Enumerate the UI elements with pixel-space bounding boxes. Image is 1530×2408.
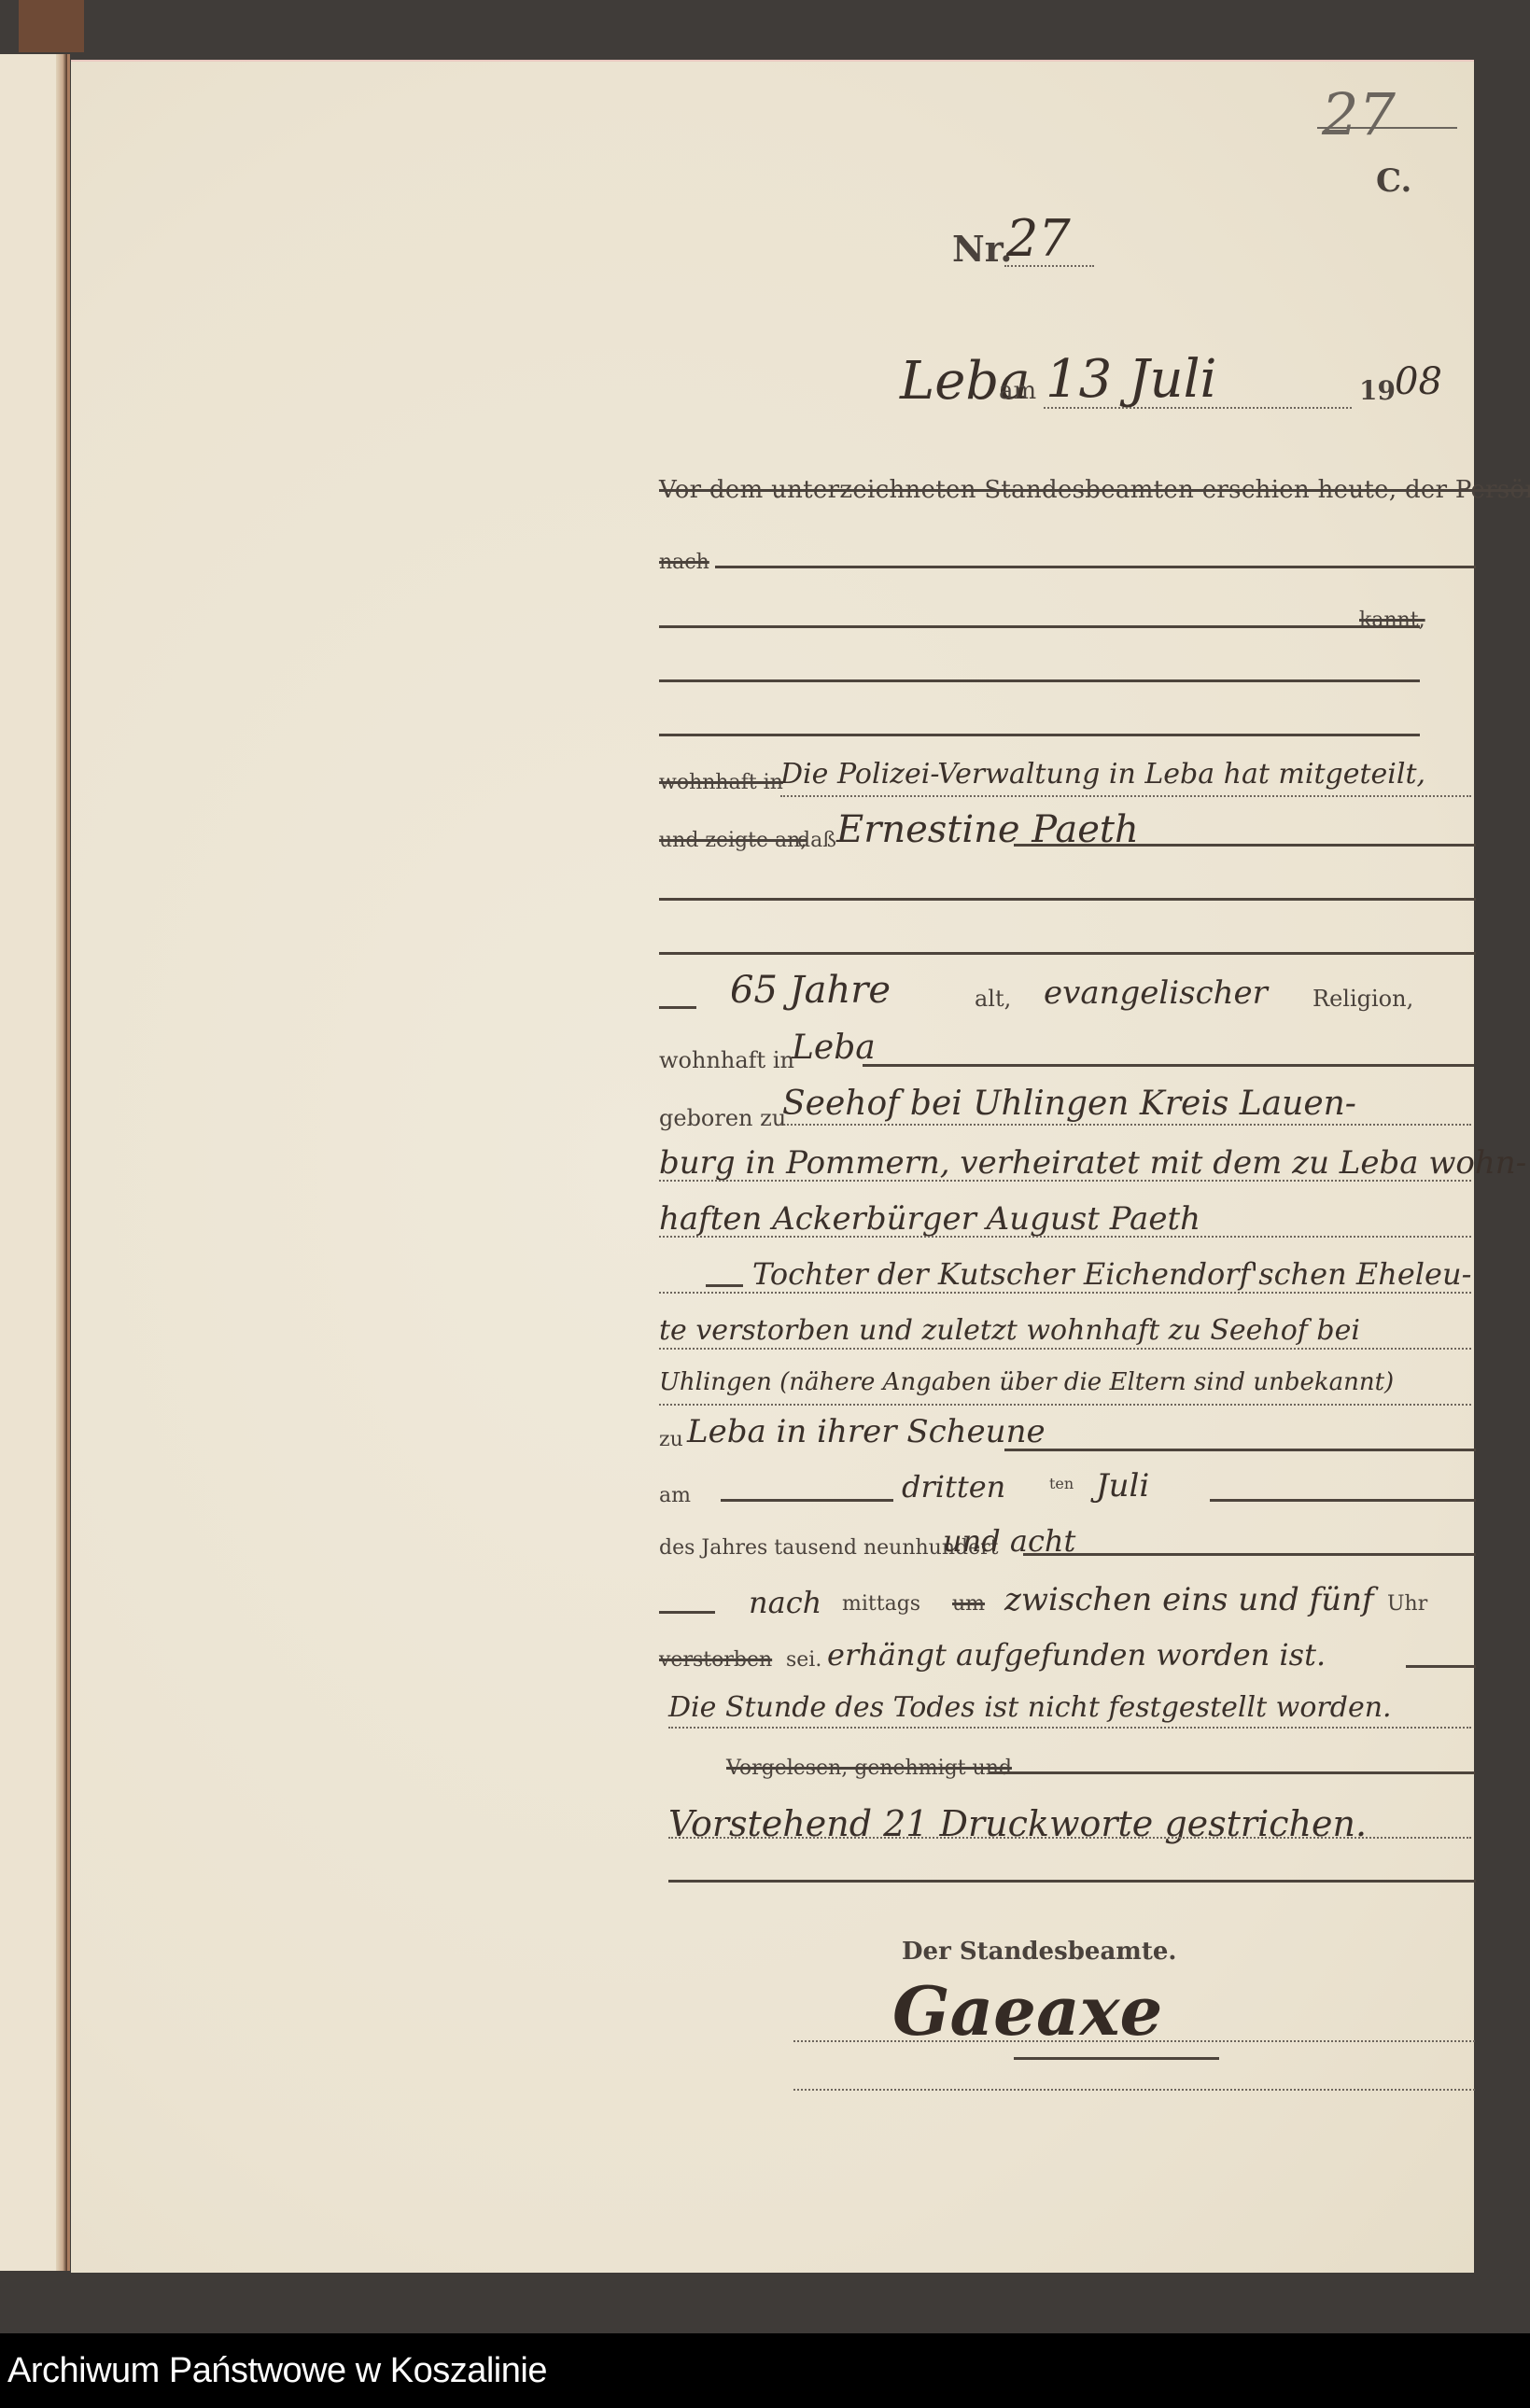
sei-label: sei. — [786, 1648, 821, 1672]
blank-line-1 — [715, 566, 1476, 568]
am-label: am — [659, 1484, 691, 1507]
residence-label: wohnhaft in — [659, 1047, 794, 1073]
born-line-1: Seehof bei Uhlingen Kreis Lauen- — [782, 1085, 1356, 1123]
am-lead-line — [721, 1499, 893, 1502]
born-rule-5 — [659, 1348, 1471, 1350]
corner-page-number: 27 — [1322, 80, 1396, 148]
born-line-3: haften Ackerbürger August Paeth — [659, 1200, 1200, 1238]
official-title: Der Standesbeamte. — [902, 1938, 1176, 1966]
uhr-label: Uhr — [1387, 1592, 1427, 1616]
struck-wohnhaft: wohnhaft in — [659, 771, 783, 794]
blank-line-3 — [659, 679, 1420, 682]
struck-um: um — [952, 1592, 985, 1616]
death-place: Leba in ihrer Scheune — [687, 1413, 1046, 1450]
reporting-authority: Die Polizei-Verwaltung in Leba hat mitge… — [780, 758, 1425, 791]
born-label: geboren zu — [659, 1105, 786, 1131]
age-value: 65 Jahre — [730, 969, 891, 1012]
blank-line-5 — [659, 898, 1476, 901]
age-lead-line — [659, 1006, 696, 1009]
number-line — [1004, 265, 1094, 267]
born-line-4: Tochter der Kutscher Eichendorf'schen Eh… — [752, 1256, 1471, 1292]
month-line — [1210, 1499, 1476, 1502]
signature-line-2 — [793, 2089, 1475, 2091]
year-line — [1023, 1553, 1476, 1556]
binding-tab — [19, 0, 84, 52]
day-suffix: ten — [1049, 1475, 1074, 1492]
authority-line — [780, 795, 1471, 797]
date-label: am — [999, 377, 1036, 405]
remark-line-1-tail — [1406, 1665, 1476, 1668]
section-letter: C. — [1376, 162, 1411, 200]
born-rule-2 — [659, 1180, 1471, 1182]
born-rule-3 — [659, 1236, 1471, 1238]
born-rule-6 — [659, 1404, 1471, 1406]
remark-line-1: erhängt aufgefunden worden ist. — [827, 1637, 1326, 1673]
struck-vorgelesen: Vorgelesen, genehmigt und — [726, 1757, 1012, 1780]
number-label: Nr. — [952, 228, 1013, 270]
death-day: dritten — [902, 1469, 1005, 1505]
blank-line-6 — [659, 952, 1476, 955]
religion-value: evangelischer — [1044, 974, 1268, 1012]
date-line — [1044, 407, 1352, 409]
remark-line-2: Die Stunde des Todes ist nicht festgeste… — [668, 1691, 1392, 1724]
struck-intro-text: Vor dem unterzeichneten Standesbeamten e… — [659, 476, 1530, 504]
struck-verstorben: verstorben — [659, 1648, 772, 1672]
time-prefix: nach — [749, 1585, 821, 1620]
religion-label: Religion, — [1312, 986, 1413, 1012]
year-prefix: 19 — [1359, 375, 1396, 406]
tochter-lead-line — [706, 1284, 743, 1287]
struck-kannt: kannt, — [1359, 609, 1425, 632]
scanner-background — [0, 0, 1530, 60]
blank-line-2 — [659, 625, 1420, 628]
born-rule-4 — [659, 1292, 1471, 1294]
remark-rule-2 — [668, 1727, 1471, 1729]
vorgelesen-line — [990, 1771, 1475, 1774]
born-line-5: te verstorben und zuletzt wohnhaft zu Se… — [659, 1314, 1360, 1347]
signature-line — [793, 2040, 1475, 2042]
record-date: 13 Juli — [1046, 349, 1216, 410]
year-suffix: 08 — [1395, 360, 1442, 403]
record-number: 27 — [1006, 209, 1071, 268]
struck-zeigte-an: und zeigte an, — [659, 829, 807, 852]
register-page: 27 C. Nr. 27 Leba am 13 Juli 19 08 Vor d… — [71, 60, 1474, 2273]
blank-line-4 — [659, 734, 1420, 736]
death-time: zwischen eins und fünf — [1004, 1581, 1374, 1618]
signature-underline — [1014, 2057, 1219, 2060]
born-line-6: Uhlingen (nähere Angaben über die Eltern… — [659, 1368, 1394, 1396]
correction-rule — [668, 1837, 1471, 1839]
registrar-signature: Gaeaxe — [892, 1971, 1162, 2051]
archive-name: Archiwum Państwowe w Koszalinie — [7, 2351, 547, 2391]
zu-label: zu — [659, 1428, 683, 1451]
name-line — [1014, 844, 1476, 847]
death-month: Juli — [1096, 1467, 1149, 1505]
dass-label: daß — [797, 829, 836, 852]
residence-value: Leba — [792, 1029, 876, 1067]
residence-line — [863, 1064, 1474, 1067]
blank-line-end — [668, 1880, 1476, 1883]
born-rule-1 — [780, 1124, 1471, 1126]
born-line-2: burg in Pommern, verheiratet mit dem zu … — [659, 1144, 1526, 1182]
struck-nach: nach — [659, 551, 709, 574]
mittags-label: mittags — [842, 1592, 920, 1616]
time-lead-line — [659, 1611, 715, 1614]
left-page-edge — [0, 54, 70, 2271]
binding-fold — [56, 54, 67, 2271]
alt-label: alt, — [975, 986, 1011, 1012]
corner-number-strike — [1317, 127, 1457, 129]
death-place-line — [1004, 1449, 1476, 1451]
